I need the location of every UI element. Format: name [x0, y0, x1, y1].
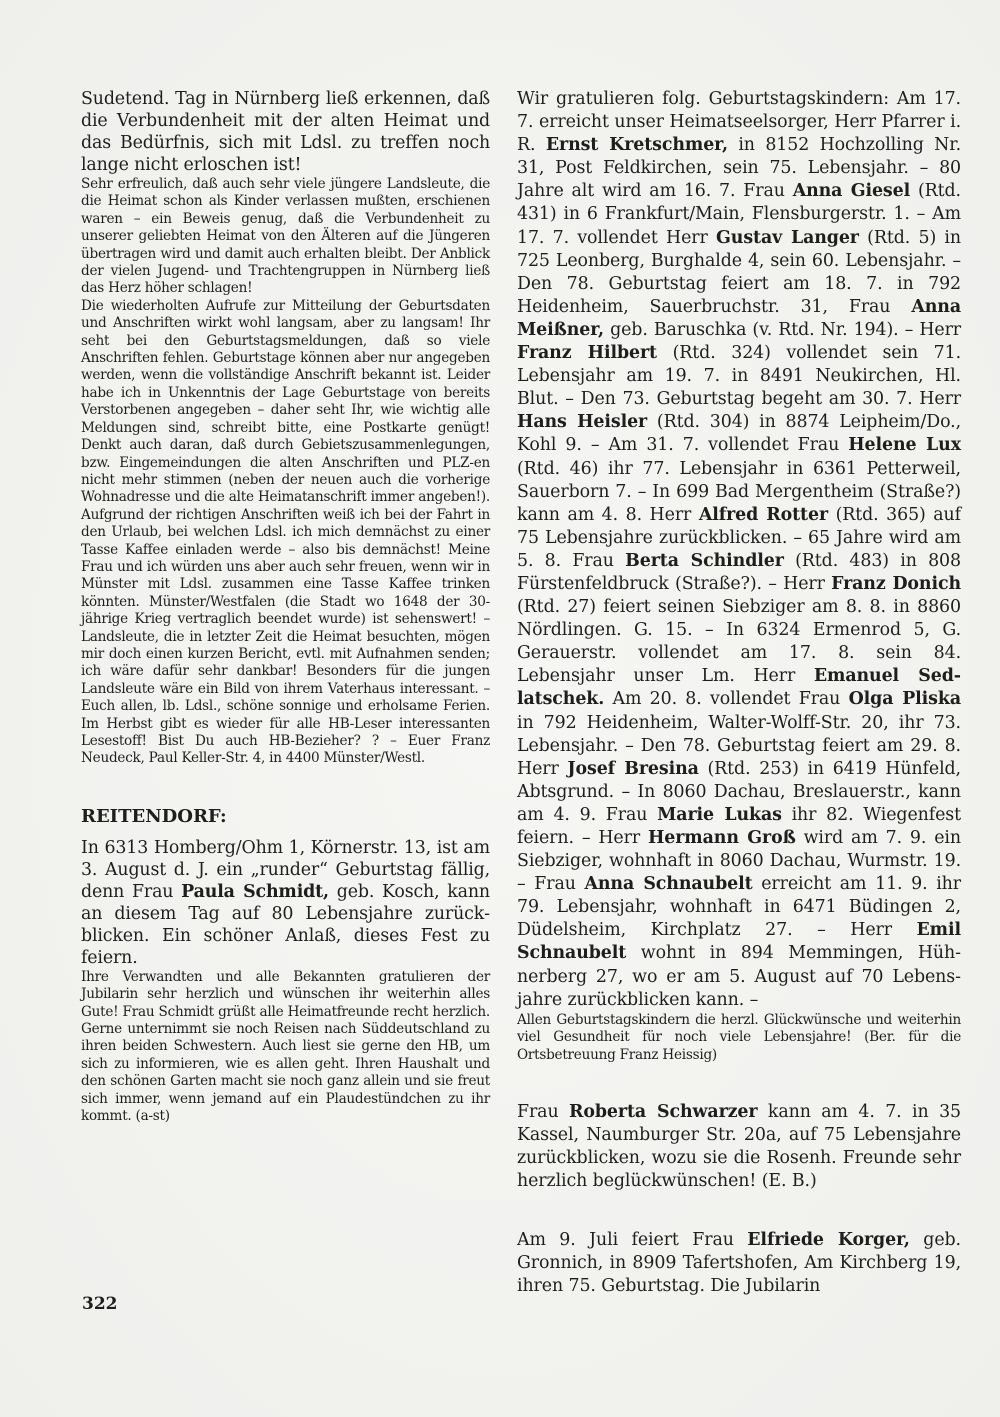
page-number: 322 [82, 1294, 118, 1314]
person-name: Her­mann Groß [648, 828, 796, 848]
person-name: Paula Schmidt, [181, 882, 329, 902]
reitendorf-greeting-paragraph: Ihre Verwandten und alle Bekannten gratu… [81, 969, 490, 1126]
person-name: Olga Pliska [849, 689, 961, 709]
document-page: Sudetend. Tag in Nürnberg ließ erkennen,… [0, 0, 1000, 1417]
address-appeal-paragraph: Die wiederholten Aufrufe zur Mitteilung … [81, 298, 490, 768]
person-name: Anna Schnaubelt [584, 874, 752, 894]
left-column: Sudetend. Tag in Nürnberg ließ erkennen,… [81, 88, 490, 1125]
person-name: Hans Heisler [517, 412, 647, 432]
text-run: Am 9. Juli feiert Frau [517, 1230, 747, 1250]
reitendorf-birthday-paragraph: In 6313 Homberg/Ohm 1, Körnerstr. 13, is… [81, 837, 490, 969]
person-name: Franz Hilbert [517, 343, 657, 363]
birthday-list-paragraph: Wir gratulieren folg. Geburtstagskindern… [517, 88, 961, 1012]
person-name: Ernst Kretschmer, [546, 135, 728, 155]
person-name: Berta Schindler [625, 551, 784, 571]
person-name: Anna Giesel [793, 181, 910, 201]
person-name: Roberta Schwarzer [569, 1102, 757, 1122]
person-name: Franz Donich [831, 574, 961, 594]
korger-paragraph: Am 9. Juli feiert Frau Elfriede Korger, … [517, 1229, 961, 1298]
section-heading-reitendorf: REITENDORF: [81, 806, 490, 828]
person-name: Josef Bresina [567, 759, 698, 779]
closing-wishes-paragraph: Allen Geburtstagskindern die herzl. Glüc… [517, 1012, 961, 1065]
person-name: Gustav Langer [716, 228, 859, 248]
text-run: Frau [517, 1102, 569, 1122]
person-name: Helene Lux [848, 435, 961, 455]
person-name: Alfred Rotter [699, 505, 828, 525]
intro-paragraph: Sudetend. Tag in Nürnberg ließ erkennen,… [81, 88, 490, 176]
youth-paragraph: Sehr erfreulich, daß auch sehr viele jün… [81, 176, 490, 298]
schwarzer-paragraph: Frau Roberta Schwarzer kann am 4. 7. in … [517, 1101, 961, 1193]
text-run: Am 20. 8. vollendet Frau [604, 689, 848, 709]
person-name: Marie Lukas [657, 805, 782, 825]
right-column: Wir gratulieren folg. Geburtstagskindern… [517, 88, 961, 1298]
person-name: Elfriede Korger, [747, 1230, 910, 1250]
text-run: geb. Baruschka (v. Rtd. Nr. 194). – Herr [604, 320, 961, 340]
